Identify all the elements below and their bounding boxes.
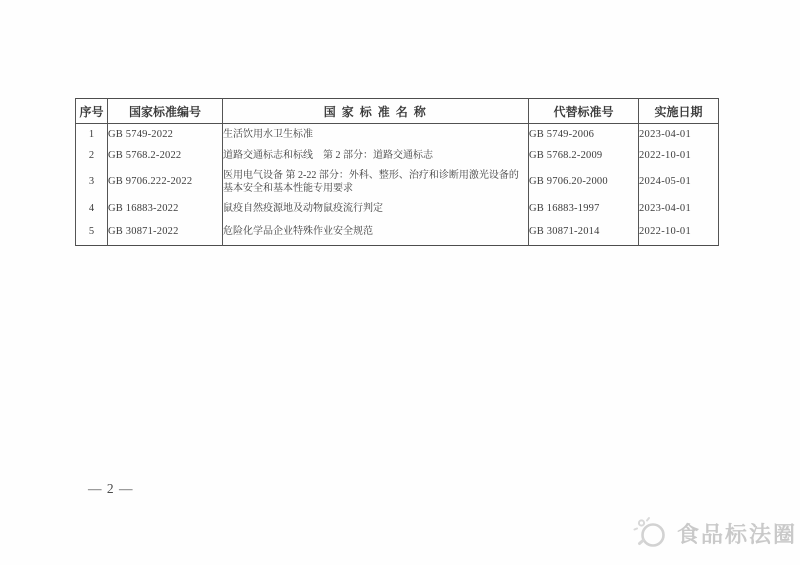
cell-name: 鼠疫自然疫源地及动物鼠疫流行判定 [223, 198, 529, 219]
cell-name: 医用电气设备 第 2-22 部分：外科、整形、治疗和诊断用激光设备的基本安全和基… [223, 166, 529, 198]
cell-name: 危险化学品企业特殊作业安全规范 [223, 219, 529, 246]
table-row: 4 GB 16883-2022 鼠疫自然疫源地及动物鼠疫流行判定 GB 1688… [76, 198, 719, 219]
cell-date: 2024-05-01 [639, 166, 719, 198]
table-header-row: 序号 国家标准编号 国 家 标 准 名 称 代替标准号 实施日期 [76, 99, 719, 124]
cell-code: GB 5749-2022 [108, 124, 223, 146]
cell-code: GB 5768.2-2022 [108, 146, 223, 166]
standards-table: 序号 国家标准编号 国 家 标 准 名 称 代替标准号 实施日期 1 GB 57… [75, 98, 719, 246]
page-number: — 2 — [88, 481, 134, 497]
column-header-code: 国家标准编号 [108, 99, 223, 124]
cell-name: 生活饮用水卫生标准 [223, 124, 529, 146]
table-row: 2 GB 5768.2-2022 道路交通标志和标线 第 2 部分：道路交通标志… [76, 146, 719, 166]
cell-replaced: GB 5749-2006 [529, 124, 639, 146]
watermark: 食品标法圈 [632, 514, 797, 552]
column-header-replaced: 代替标准号 [529, 99, 639, 124]
cell-name: 道路交通标志和标线 第 2 部分：道路交通标志 [223, 146, 529, 166]
table-row: 3 GB 9706.222-2022 医用电气设备 第 2-22 部分：外科、整… [76, 166, 719, 198]
cell-date: 2022-10-01 [639, 219, 719, 246]
table-row: 1 GB 5749-2022 生活饮用水卫生标准 GB 5749-2006 20… [76, 124, 719, 146]
cell-replaced: GB 5768.2-2009 [529, 146, 639, 166]
column-header-no: 序号 [76, 99, 108, 124]
cell-date: 2022-10-01 [639, 146, 719, 166]
column-header-date: 实施日期 [639, 99, 719, 124]
cell-no: 3 [76, 166, 108, 198]
table-row: 5 GB 30871-2022 危险化学品企业特殊作业安全规范 GB 30871… [76, 219, 719, 246]
cell-date: 2023-04-01 [639, 124, 719, 146]
scanned-document-page: 序号 国家标准编号 国 家 标 准 名 称 代替标准号 实施日期 1 GB 57… [0, 0, 800, 565]
cell-no: 1 [76, 124, 108, 146]
cell-replaced: GB 16883-1997 [529, 198, 639, 219]
cell-no: 2 [76, 146, 108, 166]
cell-code: GB 16883-2022 [108, 198, 223, 219]
cell-replaced: GB 9706.20-2000 [529, 166, 639, 198]
cell-no: 4 [76, 198, 108, 219]
cell-date: 2023-04-01 [639, 198, 719, 219]
column-header-name: 国 家 标 准 名 称 [223, 99, 529, 124]
cell-no: 5 [76, 219, 108, 246]
watermark-text: 食品标法圈 [677, 518, 797, 549]
magnifier-logo-icon [632, 514, 670, 552]
cell-code: GB 9706.222-2022 [108, 166, 223, 198]
cell-replaced: GB 30871-2014 [529, 219, 639, 246]
cell-code: GB 30871-2022 [108, 219, 223, 246]
